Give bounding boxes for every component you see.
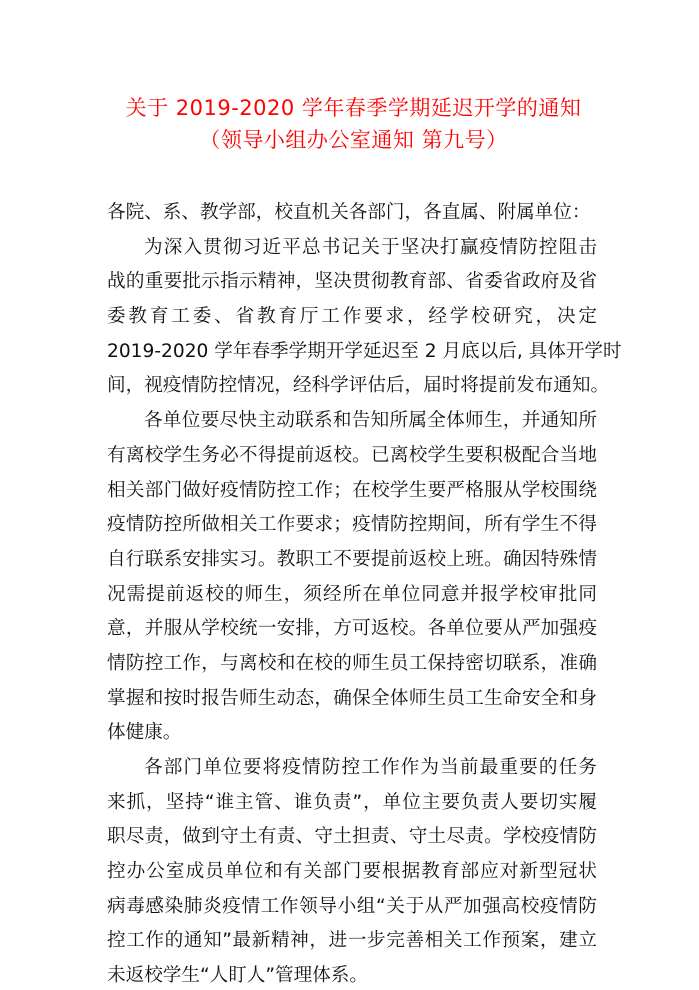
salutation: 各院、系、教学部，校直机关各部门，各直属、附属单位：: [107, 196, 597, 231]
paragraph-line: 职尽责，做到守土有责、守土担责、守土尽责。学校疫情防: [107, 820, 597, 855]
document-page: 关于 2019-2020 学年春季学期延迟开学的通知 （领导小组办公室通知 第九…: [0, 0, 699, 990]
paragraph-line: 体健康。: [107, 716, 597, 751]
paragraph-line: 委教育工委、省教育厅工作要求，经学校研究，决定: [107, 300, 597, 335]
paragraph-line: 为深入贯彻习近平总书记关于坚决打赢疫情防控阻击: [107, 231, 597, 266]
paragraph-line: 有离校学生务必不得提前返校。已离校学生要积极配合当地: [107, 439, 597, 474]
paragraph-line: 各部门单位要将疫情防控工作作为当前最重要的任务: [107, 751, 597, 786]
document-title: 关于 2019-2020 学年春季学期延迟开学的通知: [0, 92, 699, 124]
paragraph-line: 相关部门做好疫情防控工作；在校学生要严格服从学校围绕: [107, 474, 597, 509]
paragraph-line: 掌握和按时报告师生动态，确保全体师生员工生命安全和身: [107, 682, 597, 717]
paragraph-line: 情防控工作，与离校和在校的师生员工保持密切联系，准确: [107, 647, 597, 682]
paragraph-line: 2019-2020 学年春季学期开学延迟至 2 月底以后, 具体开学时: [107, 335, 597, 370]
document-subtitle: （领导小组办公室通知 第九号）: [0, 124, 699, 156]
paragraph-line: 控工作的通知”最新精神，进一步完善相关工作预案，建立: [107, 924, 597, 959]
document-body: 各院、系、教学部，校直机关各部门，各直属、附属单位： 为深入贯彻习近平总书记关于…: [107, 196, 597, 990]
paragraph-line: 战的重要批示指示精神，坚决贯彻教育部、省委省政府及省: [107, 265, 597, 300]
paragraph-line: 病毒感染肺炎疫情工作领导小组“关于从严加强高校疫情防: [107, 890, 597, 925]
paragraph-line: 间，视疫情防控情况，经科学评估后，届时将提前发布通知。: [107, 369, 597, 404]
paragraph-line: 况需提前返校的师生，须经所在单位同意并报学校审批同: [107, 578, 597, 613]
paragraph-1: 为深入贯彻习近平总书记关于坚决打赢疫情防控阻击 战的重要批示指示精神，坚决贯彻教…: [107, 231, 597, 404]
paragraph-line: 意，并服从学校统一安排，方可返校。各单位要从严加强疫: [107, 612, 597, 647]
paragraph-line: 来抓，坚持“谁主管、谁负责”，单位主要负责人要切实履: [107, 786, 597, 821]
paragraph-line: 各单位要尽快主动联系和告知所属全体师生，并通知所: [107, 404, 597, 439]
paragraph-2: 各单位要尽快主动联系和告知所属全体师生，并通知所 有离校学生务必不得提前返校。已…: [107, 404, 597, 751]
paragraph-3: 各部门单位要将疫情防控工作作为当前最重要的任务 来抓，坚持“谁主管、谁负责”，单…: [107, 751, 597, 990]
paragraph-line: 控办公室成员单位和有关部门要根据教育部应对新型冠状: [107, 855, 597, 890]
paragraph-line: 未返校学生“人盯人”管理体系。: [107, 959, 597, 990]
paragraph-line: 疫情防控所做相关工作要求；疫情防控期间，所有学生不得: [107, 508, 597, 543]
paragraph-line: 自行联系安排实习。教职工不要提前返校上班。确因特殊情: [107, 543, 597, 578]
